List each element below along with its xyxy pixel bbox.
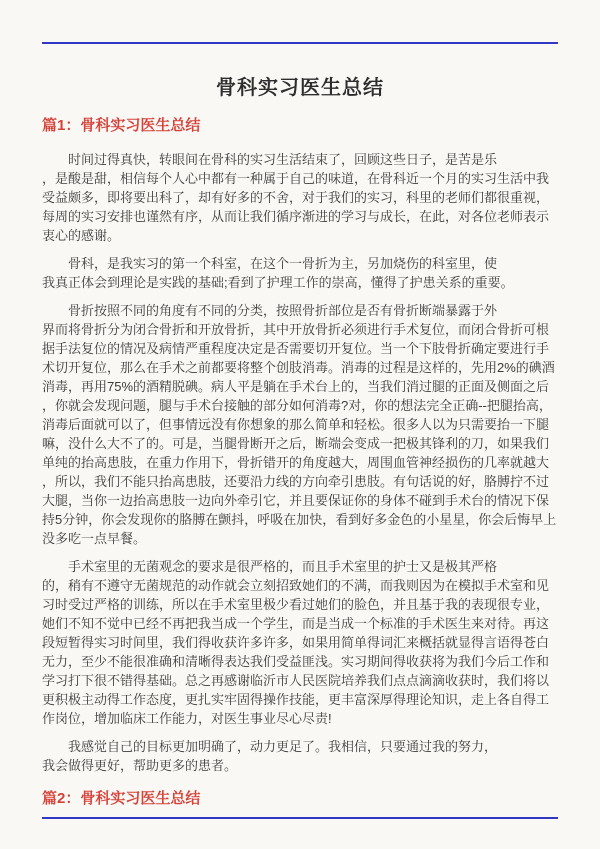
section-heading-1: 篇1：骨科实习医生总结: [42, 116, 558, 136]
paragraph-conclusion: 我感觉自己的目标更加明确了，动力更足了。我相信，只要通过我的努力， 我会做得更好…: [42, 737, 558, 775]
paragraph-operating-room: 手术室里的无菌观念的要求是很严格的，而且手术室里的护士又是极其严格 的，稍有不遵…: [42, 557, 558, 728]
paragraph-first-department: 骨科，是我实习的第一个科室，在这个一骨折为主，另加烧伤的科室里，使 我真正体会到…: [42, 254, 558, 292]
document-content: 骨科实习医生总结 篇1：骨科实习医生总结 时间过得真快，转眼间在骨科的实习生活结…: [42, 44, 558, 809]
section-heading-2: 篇2：骨科实习医生总结: [42, 789, 558, 809]
page-title: 骨科实习医生总结: [42, 74, 558, 102]
paragraph-fracture-classification: 骨折按照不同的角度有不同的分类，按照骨折部位是否有骨折断端暴露于外 界而将骨折分…: [42, 301, 558, 548]
paragraph-intro: 时间过得真快，转眼间在骨科的实习生活结束了，回顾这些日子，是苦是乐 ，是酸是甜，…: [42, 150, 558, 245]
document-page: 骨科实习医生总结 篇1：骨科实习医生总结 时间过得真快，转眼间在骨科的实习生活结…: [0, 0, 600, 849]
footer-rule: [42, 817, 558, 819]
